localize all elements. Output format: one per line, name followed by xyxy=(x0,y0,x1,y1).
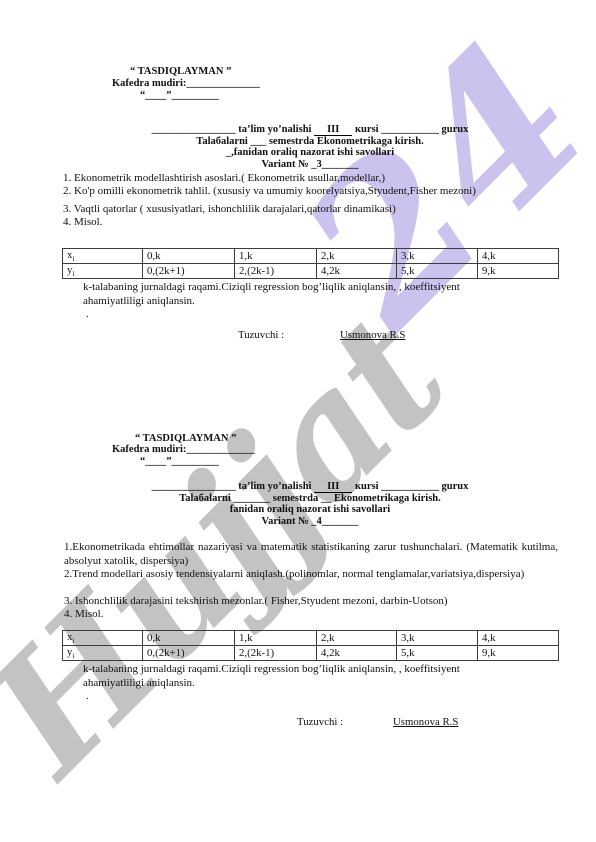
variant-header: ________________ ta’lim yo’nalishi III к… xyxy=(50,481,570,527)
approve-title: “ TASDIQLAYMAN ” xyxy=(135,433,236,445)
date-line: “____”_________ xyxy=(140,456,219,468)
direction-post: кursi ___________ gurux xyxy=(355,124,468,135)
direction-line: ________________ ta’lim yo’nalishi III к… xyxy=(50,124,570,136)
table-cell: 4,k xyxy=(478,249,559,264)
table-cell-var: yi xyxy=(63,646,143,661)
table-cell: 2,k xyxy=(317,631,397,646)
question-item: 2.Trend modellari asosiy tendensiyalarni… xyxy=(64,568,558,582)
table-cell-var: yi xyxy=(63,264,143,279)
table-cell-var: xi xyxy=(63,631,143,646)
composer-name: Usmonova R.S xyxy=(393,716,458,728)
values-table: xi 0,k 1,k 2,k 3,k 4,k yi 0,(2k+1) 2,(2k… xyxy=(62,248,559,279)
kafedra-line: Kafedra mudiri:______________ xyxy=(112,78,260,90)
variant-header: ________________ ta’lim yo’nalishi III к… xyxy=(50,124,570,170)
table-cell: 1,k xyxy=(235,249,317,264)
students-line: Talaбalarni ___ semestrda Ekonometrikaga… xyxy=(50,136,570,148)
date-line: “____”_________ xyxy=(140,90,219,102)
table-cell: 5,k xyxy=(397,264,478,279)
table-cell: 0,(2k+1) xyxy=(143,646,235,661)
question-item: 2. Ko'p omilli ekonometrik tahlil. (xusu… xyxy=(63,185,476,198)
table-cell: 4,2k xyxy=(317,646,397,661)
stray-dot: . xyxy=(86,308,89,320)
direction-line: ________________ ta’lim yo’nalishi III к… xyxy=(50,481,570,493)
question-item: 1. Ekonometrik modellashtirish asoslari.… xyxy=(63,172,385,185)
table-row-y: yi 0,(2k+1) 2,(2k-1) 4,2k 5,k 9,k xyxy=(63,264,559,279)
variant-number-line: Variant № _3_______ xyxy=(50,159,570,171)
course-roman: III xyxy=(314,124,352,136)
composer-name: Usmonova R.S xyxy=(340,329,405,341)
question-item: 1.Ekonometrikada ehtimollar nazariyasi v… xyxy=(64,541,558,568)
question-item: 4. Misol. xyxy=(63,216,102,229)
kafedra-line: Kafedra mudiri:_____________ xyxy=(112,444,255,456)
direction-pre: ________________ ta’lim yo’nalishi xyxy=(152,481,312,492)
question-item: 3. Ishonchlilik darajasini tekshirish me… xyxy=(64,595,448,608)
table-cell: 4,k xyxy=(478,631,559,646)
direction-post: кursi ___________ gurux xyxy=(355,481,468,492)
course-roman: III xyxy=(314,481,352,493)
approve-title: “ TASDIQLAYMAN ” xyxy=(130,66,231,78)
subject-line: _,fanidan oraliq nazorat ishi savollari xyxy=(50,147,570,159)
task-note: k-talabaning jurnaldagi raqami.Ciziqli r… xyxy=(83,663,515,690)
table-row-x: xi 0,k 1,k 2,k 3,k 4,k xyxy=(63,631,559,646)
students-line: Talaбalarni _______ semestrda __ Ekonome… xyxy=(50,493,570,505)
table-cell: 0,k xyxy=(143,249,235,264)
table-row-y: yi 0,(2k+1) 2,(2k-1) 4,2k 5,k 9,k xyxy=(63,646,559,661)
table-cell: 3,k xyxy=(397,249,478,264)
table-cell: 4,2k xyxy=(317,264,397,279)
question-item: 3. Vaqtli qatorlar ( xususiyatlari, isho… xyxy=(63,203,396,216)
variant-number-line: Variant № _4_______ xyxy=(50,516,570,528)
table-cell: 9,k xyxy=(478,264,559,279)
document-page: Hujjat 24 “ TASDIQLAYMAN ” Kafedra mudir… xyxy=(0,0,596,842)
table-cell: 2,(2k-1) xyxy=(235,646,317,661)
task-note: k-talabaning jurnaldagi raqami.Ciziqli r… xyxy=(83,281,515,308)
table-cell: 9,k xyxy=(478,646,559,661)
stray-dot: . xyxy=(86,690,89,702)
values-table: xi 0,k 1,k 2,k 3,k 4,k yi 0,(2k+1) 2,(2k… xyxy=(62,630,559,661)
question-item: 4. Misol. xyxy=(64,608,103,621)
table-row-x: xi 0,k 1,k 2,k 3,k 4,k xyxy=(63,249,559,264)
table-cell: 1,k xyxy=(235,631,317,646)
table-cell: 2,k xyxy=(317,249,397,264)
composer-label: Tuzuvchi : xyxy=(297,716,343,728)
composer-label: Tuzuvchi : xyxy=(238,329,284,341)
table-cell-var: xi xyxy=(63,249,143,264)
table-cell: 2,(2k-1) xyxy=(235,264,317,279)
table-cell: 3,k xyxy=(397,631,478,646)
table-cell: 0,k xyxy=(143,631,235,646)
subject-line: fanidan oraliq nazorat ishi savollari xyxy=(50,504,570,516)
direction-pre: ________________ ta’lim yo’nalishi xyxy=(152,124,312,135)
table-cell: 5,k xyxy=(397,646,478,661)
table-cell: 0,(2k+1) xyxy=(143,264,235,279)
